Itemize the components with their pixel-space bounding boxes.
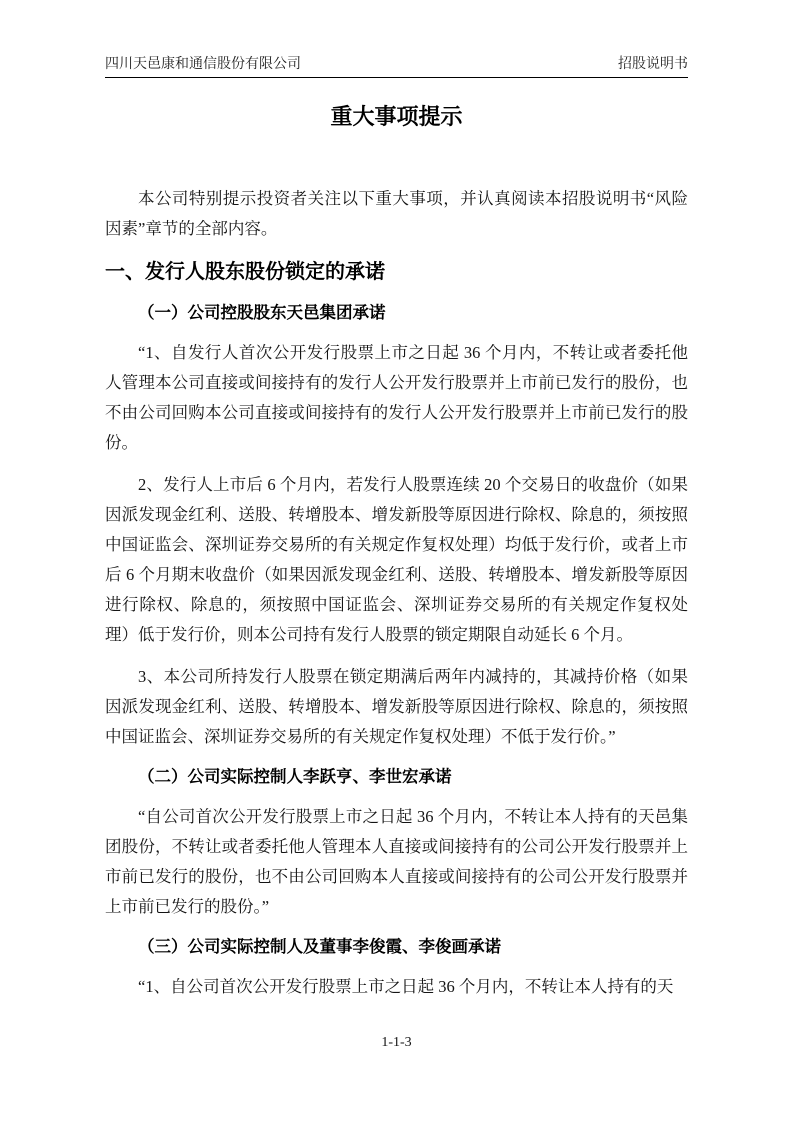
- body-paragraph: 2、发行人上市后 6 个月内，若发行人股票连续 20 个交易日的收盘价（如果因派…: [105, 470, 688, 650]
- header-doc-type: 招股说明书: [618, 53, 688, 73]
- section-heading: 一、发行人股东股份锁定的承诺: [105, 256, 688, 288]
- subsection-2-heading: （二）公司实际控制人李跃亨、李世宏承诺: [105, 764, 688, 790]
- body-paragraph: “1、自公司首次公开发行股票上市之日起 36 个月内，不转让本人持有的天: [105, 972, 688, 1002]
- subsection-3-heading: （三）公司实际控制人及董事李俊霞、李俊画承诺: [105, 934, 688, 960]
- body-paragraph: “1、自发行人首次公开发行股票上市之日起 36 个月内，不转让或者委托他人管理本…: [105, 338, 688, 458]
- page-title: 重大事项提示: [105, 102, 688, 132]
- body-paragraph: 3、本公司所持发行人股票在锁定期满后两年内减持的，其减持价格（如果因派发现金红利…: [105, 662, 688, 752]
- page-number: 1-1-3: [0, 1035, 793, 1051]
- intro-paragraph: 本公司特别提示投资者关注以下重大事项，并认真阅读本招股说明书“风险因素”章节的全…: [105, 184, 688, 244]
- header-company-name: 四川天邑康和通信股份有限公司: [105, 53, 301, 73]
- page-header: 四川天邑康和通信股份有限公司 招股说明书: [105, 0, 688, 78]
- document-page: 四川天邑康和通信股份有限公司 招股说明书 重大事项提示 本公司特别提示投资者关注…: [0, 0, 793, 1122]
- subsection-1-heading: （一）公司控股股东天邑集团承诺: [105, 300, 688, 326]
- body-paragraph: “自公司首次公开发行股票上市之日起 36 个月内，不转让本人持有的天邑集团股份，…: [105, 802, 688, 922]
